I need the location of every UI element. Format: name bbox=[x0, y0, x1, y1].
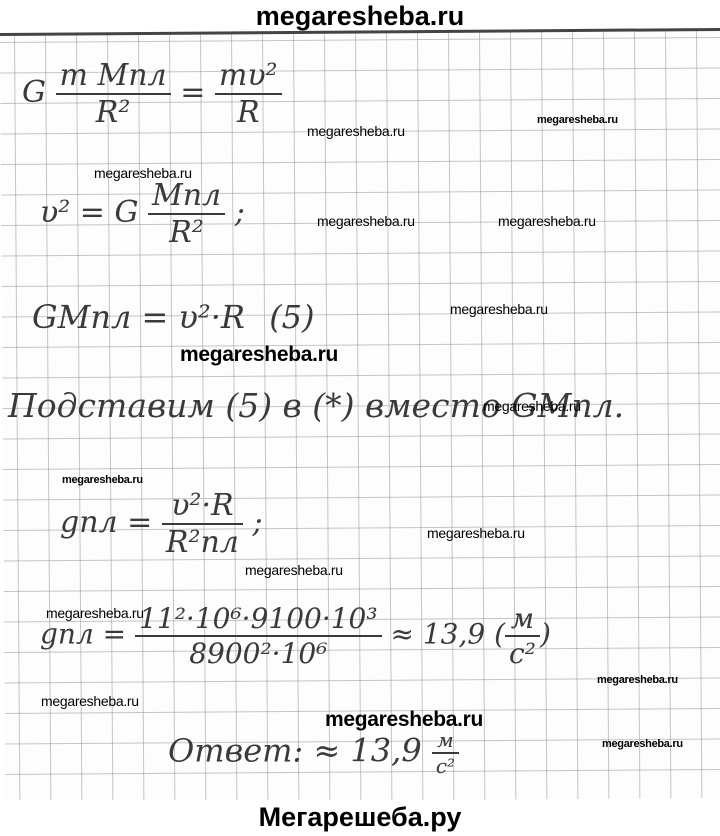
eq1-lhs-num: m Mпл bbox=[56, 58, 171, 95]
watermark: megaresheba.ru bbox=[245, 562, 343, 578]
answer-value: ≈ 13,9 bbox=[313, 732, 421, 770]
eq6-den: 8900²·10⁶ bbox=[135, 637, 382, 670]
watermark: megaresheba.ru bbox=[498, 213, 596, 229]
eq5-fraction: υ²·R R²пл bbox=[162, 488, 243, 560]
eq2-tail: ; bbox=[235, 195, 245, 230]
watermark: megaresheba.ru bbox=[602, 738, 683, 750]
eq1-equals: = bbox=[180, 75, 205, 110]
answer-unit: м с² bbox=[432, 728, 459, 778]
watermark: megaresheba.ru bbox=[483, 398, 581, 414]
eq1-coef: G bbox=[22, 75, 46, 110]
eq5-den: R²пл bbox=[162, 525, 243, 560]
watermark: megaresheba.ru bbox=[41, 693, 139, 709]
watermark: megaresheba.ru bbox=[537, 114, 618, 126]
watermark: megaresheba.ru bbox=[62, 474, 143, 486]
watermark: megaresheba.ru bbox=[325, 708, 483, 732]
eq3-label: (5) bbox=[269, 298, 314, 336]
eq1-rhs-fraction: mυ² R bbox=[215, 58, 282, 130]
watermark: megaresheba.ru bbox=[180, 343, 338, 367]
eq6-lhs: gпл = bbox=[40, 618, 126, 651]
eq2-fraction: Mпл R² bbox=[148, 178, 225, 250]
answer-unit-den: с² bbox=[432, 754, 459, 778]
eq6-unit: м с² bbox=[505, 602, 540, 670]
eq1-lhs-den: R² bbox=[56, 95, 171, 130]
equation-gravity-centripetal: G m Mпл R² = mυ² R bbox=[22, 58, 282, 130]
eq2-num: Mпл bbox=[148, 178, 225, 215]
eq1-rhs-den: R bbox=[215, 95, 282, 130]
watermark: megaresheba.ru bbox=[46, 605, 144, 621]
eq6-result: ≈ 13,9 bbox=[391, 618, 486, 651]
eq1-lhs-fraction: m Mпл R² bbox=[56, 58, 171, 130]
watermark: megaresheba.ru bbox=[317, 213, 415, 229]
eq5-tail: ; bbox=[252, 505, 262, 540]
eq5-lhs: gпл = bbox=[60, 505, 152, 540]
watermark: megaresheba.ru bbox=[427, 525, 525, 541]
equation-velocity-squared: υ² = G Mпл R² ; bbox=[40, 178, 245, 250]
eq6-fraction: 11²·10⁶·9100·10³ 8900²·10⁶ bbox=[135, 602, 382, 670]
equation-g-formula: gпл = υ²·R R²пл ; bbox=[60, 488, 263, 560]
answer-label: Ответ: bbox=[168, 732, 303, 770]
watermark: megaresheba.ru bbox=[597, 674, 678, 686]
site-footer: Мегарешеба.ру bbox=[0, 800, 720, 836]
watermark: megaresheba.ru bbox=[94, 165, 192, 181]
equation-5: GMпл = υ²·R (5) bbox=[32, 298, 315, 336]
eq1-rhs-num: mυ² bbox=[215, 58, 282, 95]
answer: Ответ: ≈ 13,9 м с² bbox=[168, 728, 459, 778]
eq2-coef: G bbox=[114, 195, 138, 230]
eq2-den: R² bbox=[148, 215, 225, 250]
eq5-num: υ²·R bbox=[162, 488, 243, 525]
eq2-lhs: υ² = bbox=[40, 195, 105, 230]
eq6-unit-num: м bbox=[505, 602, 540, 637]
eq6-num: 11²·10⁶·9100·10³ bbox=[135, 602, 382, 637]
eq3-text: GMпл = υ²·R bbox=[32, 298, 245, 336]
eq6-unit-den: с² bbox=[505, 637, 540, 670]
watermark: megaresheba.ru bbox=[450, 301, 548, 317]
watermark: megaresheba.ru bbox=[307, 123, 405, 139]
